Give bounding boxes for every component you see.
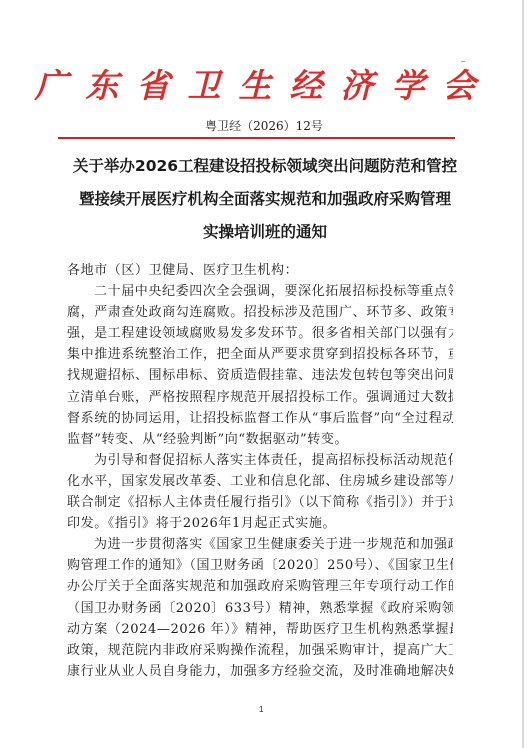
- body-line: 印发。《指引》将于2026年1月起正式实施。: [67, 513, 453, 534]
- body-line: 强，是工程建设领域腐败易发多发环节。很多省相关部门以强有力监督: [67, 323, 453, 344]
- body-line: 集中推进系统整治工作，把全面从严要求贯穿到招投标各环节，重点查: [67, 344, 453, 365]
- body-line: 康行业从业人员自身能力，加强多方经验交流，及时准确地解决好实际: [67, 661, 453, 682]
- masthead-title: 广东省卫生经济学会: [0, 66, 528, 106]
- body-line: 监督”转变、从“经验判断”向“数据驱动”转变。: [67, 429, 453, 450]
- body-line: （国卫办财务函〔2020〕633号）精神，熟悉掌握《政府采购领域三年行: [67, 598, 453, 619]
- title-line: 实操培训班的通知: [40, 216, 490, 249]
- document-number: 粤卫经（2026）12号: [0, 118, 528, 134]
- body-line: 腐，严肃查处政商勾连腐败。招投标涉及范围广、环节多、政策专业性: [67, 302, 453, 323]
- title-line: 关于举办2026工程建设招投标领域突出问题防范和管控: [40, 150, 490, 183]
- body-line: 为进一步贯彻落实《国家卫生健康委关于进一步规范和加强政府采: [67, 534, 453, 555]
- body-line: 政策，规范院内非政府采购操作流程，加强采购审计，提高广大卫生健: [67, 640, 453, 661]
- body-line: 化水平，国家发展改革委、工业和信息化部、住房城乡建设部等八部门: [67, 471, 453, 492]
- page-number: 1: [259, 705, 263, 714]
- body-line: 立清单台账，严格按照程序规范开展招投标工作。强调通过大数据与监: [67, 387, 453, 408]
- document-page: 广东省卫生经济学会 粤卫经（2026）12号 关于举办2026工程建设招投标领域…: [0, 0, 524, 748]
- body-line: 为引导和督促招标人落实主体责任，提高招标投标活动规范化科学: [67, 450, 453, 471]
- body-line: 二十届中央纪委四次全会强调，要深化拓展招标投标等重点领域反: [67, 281, 453, 302]
- title-line: 暨接续开展医疗机构全面落实规范和加强政府采购管理: [40, 183, 490, 216]
- document-body: 各地市（区）卫健局、医疗卫生机构： 二十届中央纪委四次全会强调，要深化拓展招标投…: [67, 260, 453, 682]
- body-line: 督系统的协同运用，让招投标监督工作从“事后监督”向“全过程动态: [67, 408, 453, 429]
- body-line: 动方案（2024—2026 年）》精神，帮助医疗卫生机构熟悉掌握最新采购: [67, 619, 453, 640]
- corner-mark: [461, 61, 465, 62]
- red-divider: [58, 137, 455, 139]
- body-line: 购管理工作的通知》（国卫财务函〔2020〕250号）、《国家卫生健康委: [67, 555, 453, 576]
- salutation: 各地市（区）卫健局、医疗卫生机构：: [67, 260, 453, 281]
- notice-title: 关于举办2026工程建设招投标领域突出问题防范和管控 暨接续开展医疗机构全面落实…: [40, 150, 490, 249]
- body-line: 联合制定《招标人主体责任履行指引》（以下简称《指引》）并于近日: [67, 492, 453, 513]
- body-line: 找规避招标、围标串标、资质造假挂靠、违法发包转包等突出问题，建: [67, 365, 453, 386]
- body-line: 办公厅关于全面落实规范和加强政府采购管理三年专项行动工作的通知》: [67, 576, 453, 597]
